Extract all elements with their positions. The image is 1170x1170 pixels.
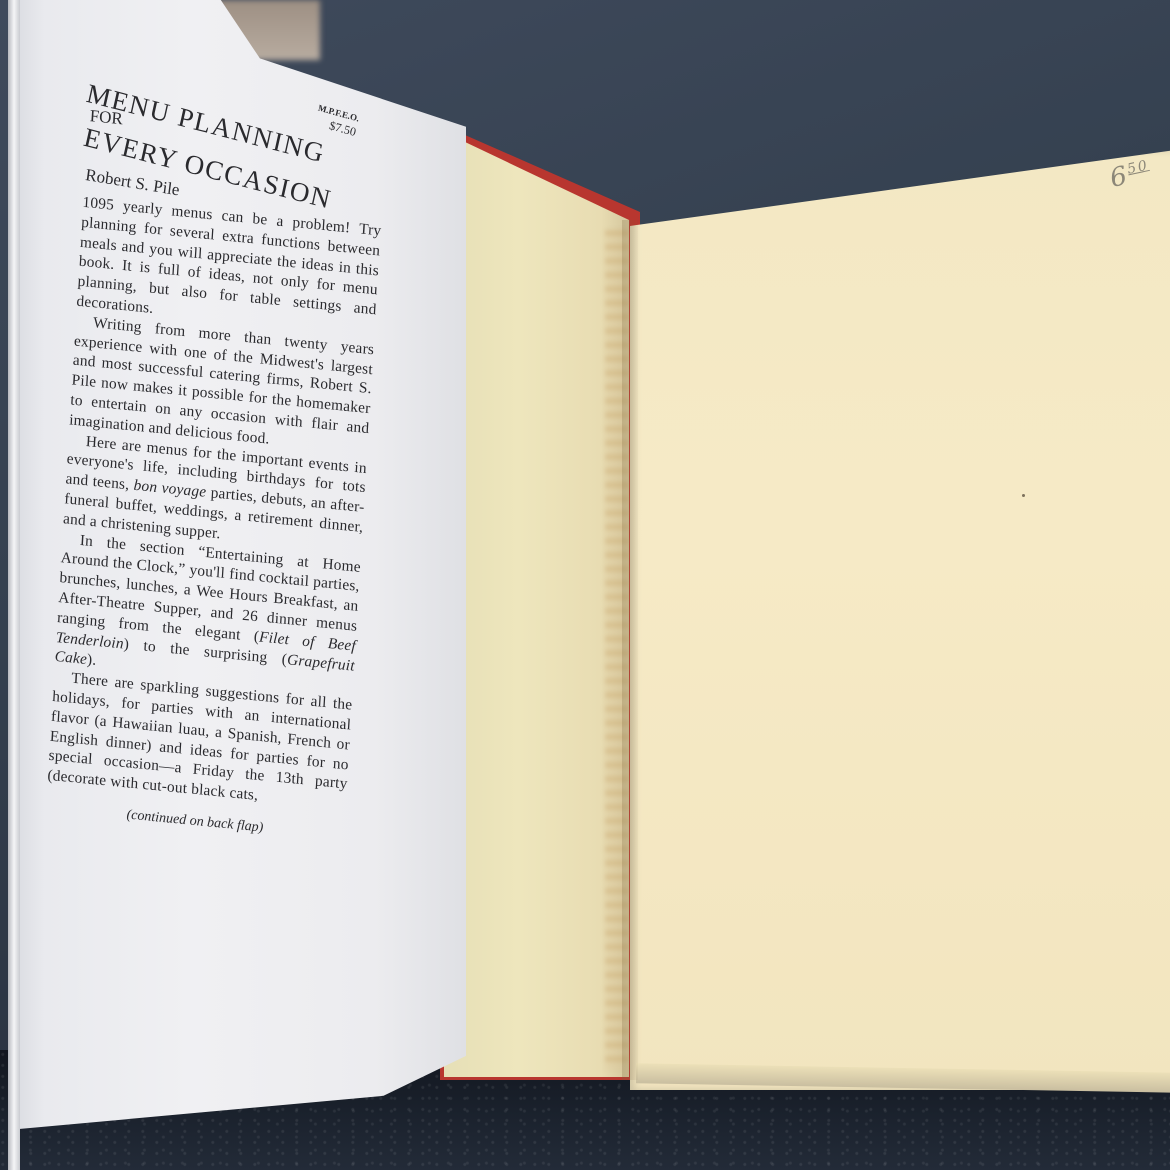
left-pastedown-endpaper (444, 132, 629, 1077)
right-free-endpaper (630, 150, 1170, 1090)
jacket-fold-edge (8, 0, 20, 1170)
blurb-text: ). (87, 651, 97, 669)
jacket-flap-text: M.P.F.E.O. $7.50 MENU PLANNING FOR EVERY… (45, 80, 389, 844)
jacket-blurb: 1095 yearly menus can be a problem! Try … (47, 193, 382, 815)
book-gutter (622, 220, 638, 1080)
page-speck (1022, 494, 1025, 497)
handwritten-cents: 50 (1126, 157, 1151, 177)
book-photo-scene: 650 M.P.F.E.O. $7.50 MENU PLANNING FOR E… (0, 0, 1170, 1170)
